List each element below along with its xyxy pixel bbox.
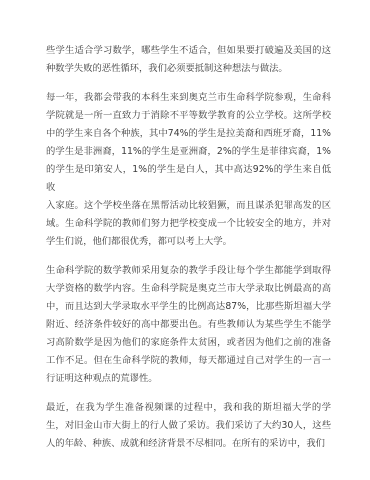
text-line: 中，而且达到大学录取水平学生的比例高达87%，比那些斯坦福大学 [46,298,331,316]
text-line: 每一年，我都会带我的本科生来到奥克兰市生命科学院参观，生命科 [46,89,331,107]
document-body: 些学生适合学习数学，哪些学生不适合，但如果要打破遍及美国的这种数学失败的恶性循环… [46,42,331,464]
text-line: 生，对旧金山市大街上的行人做了采访。我们采访了大约30人，这些 [46,417,331,435]
text-line: 大学资格的数学内容。生命科学院是奥克兰市大学录取比例最高的高 [46,280,331,298]
text-line: 生命科学院的数学教师采用复杂的教学手段让每个学生都能学到取得 [46,262,331,280]
text-line: 工作不足。但在生命科学院的教师，每天都通过自己对学生的一言一 [46,352,331,370]
paragraph: 生命科学院的数学教师采用复杂的教学手段让每个学生都能学到取得大学资格的数学内容。… [46,262,331,388]
text-line: 入家庭。这个学校坐落在黑帮活动比较猖獗，而且谋杀犯罪高发的区 [46,197,331,215]
text-line: 学生们说，他们都很优秀，都可以考上大学。 [46,233,331,251]
text-line: 人的年龄、种族、成就和经济背景不尽相同。在所有的采访中，我们 [46,435,331,453]
paragraph: 每一年，我都会带我的本科生来到奥克兰市生命科学院参观，生命科学院就是一所一直致力… [46,89,331,251]
text-line: 习高阶数学是因为他们的家庭条件太贫困，或者因为他们之前的准备 [46,334,331,352]
text-line: 些学生适合学习数学，哪些学生不适合，但如果要打破遍及美国的这 [46,42,331,60]
text-line: 行证明这种观点的荒谬性。 [46,370,331,388]
text-line: 附近、经济条件较好的高中都要出色。有些教师认为某些学生不能学 [46,316,331,334]
document-page: 些学生适合学习数学，哪些学生不适合，但如果要打破遍及美国的这种数学失败的恶性循环… [0,0,370,480]
text-line: 的学生是印第安人，1%的学生是白人，其中高达92%的学生来自低收 [46,161,331,197]
text-line: 的学生是非洲裔，11%的学生是亚洲裔，2%的学生是菲律宾裔，1% [46,143,331,161]
text-line: 最近，在我为学生准备视频课的过程中，我和我的斯坦福大学的学 [46,399,331,417]
text-line: 学院就是一所一直致力于消除不平等数学教育的公立学校。这所学校 [46,107,331,125]
paragraph: 些学生适合学习数学，哪些学生不适合，但如果要打破遍及美国的这种数学失败的恶性循环… [46,42,331,78]
text-line: 种数学失败的恶性循环，我们必须要抵制这种想法与做法。 [46,60,331,78]
text-line: 域。生命科学院的教师们努力把学校变成一个比较安全的地方，并对 [46,215,331,233]
text-line: 中的学生来自各个种族，其中74%的学生是拉美裔和西班牙裔，11% [46,125,331,143]
paragraph: 最近，在我为学生准备视频课的过程中，我和我的斯坦福大学的学生，对旧金山市大街上的… [46,399,331,453]
